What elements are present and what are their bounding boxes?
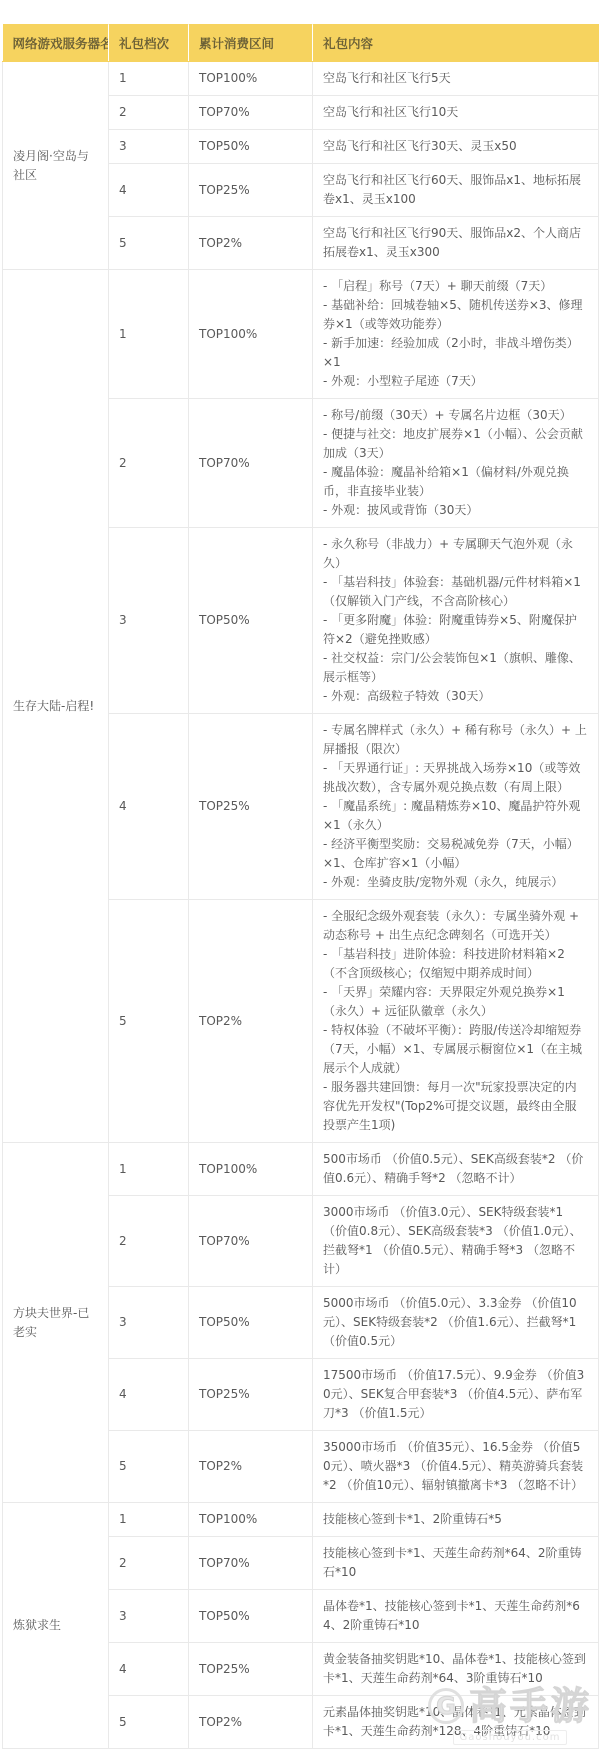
- content-cell: 空岛飞行和社区飞行90天、服饰品x2、个人商店拓展卷x1、灵玉x300: [313, 217, 599, 270]
- content-line: - 「启程」称号（7天）+ 聊天前缀（7天）: [323, 277, 588, 296]
- range-cell: TOP70%: [189, 399, 313, 528]
- range-cell: TOP50%: [189, 130, 313, 164]
- tier-cell: 4: [109, 714, 189, 900]
- server-name-cell: 凌月阁·空岛与社区: [3, 62, 109, 270]
- server-name-cell: 方块夫世界-已老实: [3, 1143, 109, 1503]
- content-line: - 「天界」荣耀内容：天界限定外观兑换券×1（永久）+ 远征队徽章（永久）: [323, 983, 588, 1021]
- content-line: - 便捷与社交：地皮扩展券×1（小幅）、公会贡献加成（3天）: [323, 425, 588, 463]
- range-cell: TOP50%: [189, 1287, 313, 1359]
- tier-cell: 5: [109, 1696, 189, 1749]
- content-cell: - 「启程」称号（7天）+ 聊天前缀（7天）- 基础补给：回城卷轴×5、随机传送…: [313, 270, 599, 399]
- header-package-tier: 礼包档次: [109, 25, 189, 62]
- table-header: 网络游戏服务器名 礼包档次 累计消费区间 礼包内容: [3, 25, 599, 62]
- page: 网络游戏服务器名 礼包档次 累计消费区间 礼包内容 凌月阁·空岛与社区1TOP1…: [0, 0, 600, 1759]
- tier-cell: 2: [109, 1537, 189, 1590]
- content-cell: 空岛飞行和社区飞行30天、灵玉x50: [313, 130, 599, 164]
- header-package-content: 礼包内容: [313, 25, 599, 62]
- tier-cell: 5: [109, 1431, 189, 1503]
- range-cell: TOP50%: [189, 528, 313, 714]
- range-cell: TOP25%: [189, 1643, 313, 1696]
- content-line: - 服务器共建回馈：每月一次"玩家投票决定的内容优先开发权"(Top2%可提交议…: [323, 1078, 588, 1135]
- range-cell: TOP70%: [189, 1196, 313, 1287]
- content-line: - 全服纪念级外观套装（永久）：专属坐骑外观 + 动态称号 + 出生点纪念碑刻名…: [323, 907, 588, 945]
- tier-cell: 5: [109, 900, 189, 1143]
- content-line: - 特权体验（不破坏平衡）：跨服/传送冷却缩短券（7天，小幅）×1、专属展示橱窗…: [323, 1021, 588, 1078]
- content-cell: 3000市场币 （价值3.0元）、SEK特级套装*1 （价值0.8元）、SEK高…: [313, 1196, 599, 1287]
- content-line: - 「天界通行证」: 天界挑战入场券×10（或等效挑战次数），含专属外观兑换点数…: [323, 759, 588, 797]
- content-line: 3000市场币 （价值3.0元）、SEK特级套装*1 （价值0.8元）、SEK高…: [323, 1203, 588, 1279]
- content-line: 空岛飞行和社区飞行90天、服饰品x2、个人商店拓展卷x1、灵玉x300: [323, 224, 588, 262]
- content-line: 500市场币 （价值0.5元）、SEK高级套装*2 （价值0.6元）、精确手弩*…: [323, 1150, 588, 1188]
- content-line: - 「更多附魔」体验：附魔重铸券×5、附魔保护符×2（避免挫败感）: [323, 611, 588, 649]
- range-cell: TOP100%: [189, 62, 313, 96]
- range-cell: TOP2%: [189, 217, 313, 270]
- content-cell: 元素晶体抽奖钥匙*10、晶体卷*1、元素晶体签到卡*1、天莲生命药剂*128、4…: [313, 1696, 599, 1749]
- range-cell: TOP70%: [189, 96, 313, 130]
- content-line: 空岛飞行和社区飞行10天: [323, 103, 588, 122]
- server-reward-table: 网络游戏服务器名 礼包档次 累计消费区间 礼包内容 凌月阁·空岛与社区1TOP1…: [2, 24, 599, 1749]
- content-line: 空岛飞行和社区飞行60天、服饰品x1、地标拓展卷x1、灵玉x100: [323, 171, 588, 209]
- content-line: 空岛飞行和社区飞行5天: [323, 69, 588, 88]
- tier-cell: 1: [109, 270, 189, 399]
- range-cell: TOP2%: [189, 1431, 313, 1503]
- content-line: - 魔晶体验：魔晶补给箱×1（偏材料/外观兑换币，非直接毕业装）: [323, 463, 588, 501]
- content-cell: 晶体卷*1、技能核心签到卡*1、天莲生命药剂*64、2阶重铸石*10: [313, 1590, 599, 1643]
- tier-cell: 2: [109, 96, 189, 130]
- tier-cell: 3: [109, 130, 189, 164]
- header-spend-range: 累计消费区间: [189, 25, 313, 62]
- content-cell: 空岛飞行和社区飞行10天: [313, 96, 599, 130]
- content-line: 黄金装备抽奖钥匙*10、晶体卷*1、技能核心签到卡*1、天莲生命药剂*64、3阶…: [323, 1650, 588, 1688]
- range-cell: TOP2%: [189, 1696, 313, 1749]
- table-row: 生存大陆-启程!1TOP100%- 「启程」称号（7天）+ 聊天前缀（7天）- …: [3, 270, 599, 399]
- range-cell: TOP25%: [189, 1359, 313, 1431]
- range-cell: TOP100%: [189, 1143, 313, 1196]
- server-name-cell: 生存大陆-启程!: [3, 270, 109, 1143]
- content-cell: - 专属名牌样式（永久）+ 稀有称号（永久）+ 上屏播报（限次）- 「天界通行证…: [313, 714, 599, 900]
- content-line: - 外观：高级粒子特效（30天）: [323, 687, 588, 706]
- range-cell: TOP100%: [189, 270, 313, 399]
- tier-cell: 2: [109, 399, 189, 528]
- content-cell: 技能核心签到卡*1、天莲生命药剂*64、2阶重铸石*10: [313, 1537, 599, 1590]
- content-line: - 「基岩科技」进阶体验：科技进阶材料箱×2（不含顶级核心；仅缩短中期养成时间）: [323, 945, 588, 983]
- tier-cell: 5: [109, 217, 189, 270]
- range-cell: TOP100%: [189, 1503, 313, 1537]
- tier-cell: 1: [109, 1143, 189, 1196]
- range-cell: TOP25%: [189, 164, 313, 217]
- table-row: 方块夫世界-已老实1TOP100%500市场币 （价值0.5元）、SEK高级套装…: [3, 1143, 599, 1196]
- content-cell: 空岛飞行和社区飞行5天: [313, 62, 599, 96]
- content-line: - 外观：披风或背饰（30天）: [323, 501, 588, 520]
- content-line: 5000市场币 （价值5.0元）、3.3金券 （价值10元）、SEK特级套装*2…: [323, 1294, 588, 1351]
- table-body: 凌月阁·空岛与社区1TOP100%空岛飞行和社区飞行5天2TOP70%空岛飞行和…: [3, 62, 599, 1749]
- tier-cell: 4: [109, 1359, 189, 1431]
- header-server-name: 网络游戏服务器名: [3, 25, 109, 62]
- content-line: 35000市场币 （价值35元）、16.5金券 （价值50元）、喷火器*3 （价…: [323, 1438, 588, 1495]
- content-line: 技能核心签到卡*1、天莲生命药剂*64、2阶重铸石*10: [323, 1544, 588, 1582]
- content-line: - 称号/前缀（30天）+ 专属名片边框（30天）: [323, 406, 588, 425]
- tier-cell: 4: [109, 1643, 189, 1696]
- content-line: - 社交权益：宗门/公会装饰包×1（旗帜、雕像、展示框等）: [323, 649, 588, 687]
- header-row: 网络游戏服务器名 礼包档次 累计消费区间 礼包内容: [3, 25, 599, 62]
- content-line: - 「基岩科技」体验套：基础机器/元件材料箱×1（仅解锁入门产线，不含高阶核心）: [323, 573, 588, 611]
- range-cell: TOP50%: [189, 1590, 313, 1643]
- content-cell: 17500市场币 （价值17.5元）、9.9金券 （价值30元）、SEK复合甲套…: [313, 1359, 599, 1431]
- content-line: 元素晶体抽奖钥匙*10、晶体卷*1、元素晶体签到卡*1、天莲生命药剂*128、4…: [323, 1703, 588, 1741]
- tier-cell: 3: [109, 528, 189, 714]
- content-cell: 黄金装备抽奖钥匙*10、晶体卷*1、技能核心签到卡*1、天莲生命药剂*64、3阶…: [313, 1643, 599, 1696]
- content-line: - 「魔晶系统」: 魔晶精炼券×10、魔晶护符外观×1（永久）: [323, 797, 588, 835]
- tier-cell: 2: [109, 1196, 189, 1287]
- tier-cell: 3: [109, 1287, 189, 1359]
- content-line: - 外观：小型粒子尾迹（7天）: [323, 372, 588, 391]
- content-cell: - 永久称号（非战力）+ 专属聊天气泡外观（永久）- 「基岩科技」体验套：基础机…: [313, 528, 599, 714]
- content-cell: 35000市场币 （价值35元）、16.5金券 （价值50元）、喷火器*3 （价…: [313, 1431, 599, 1503]
- table-row: 炼狱求生1TOP100%技能核心签到卡*1、2阶重铸石*5: [3, 1503, 599, 1537]
- content-line: 技能核心签到卡*1、2阶重铸石*5: [323, 1510, 588, 1529]
- content-cell: - 全服纪念级外观套装（永久）：专属坐骑外观 + 动态称号 + 出生点纪念碑刻名…: [313, 900, 599, 1143]
- content-cell: 空岛飞行和社区飞行60天、服饰品x1、地标拓展卷x1、灵玉x100: [313, 164, 599, 217]
- range-cell: TOP2%: [189, 900, 313, 1143]
- content-cell: - 称号/前缀（30天）+ 专属名片边框（30天）- 便捷与社交：地皮扩展券×1…: [313, 399, 599, 528]
- content-line: - 永久称号（非战力）+ 专属聊天气泡外观（永久）: [323, 535, 588, 573]
- content-line: - 新手加速：经验加成（2小时，非战斗增伤类）×1: [323, 334, 588, 372]
- tier-cell: 1: [109, 1503, 189, 1537]
- table-row: 凌月阁·空岛与社区1TOP100%空岛飞行和社区飞行5天: [3, 62, 599, 96]
- content-line: 晶体卷*1、技能核心签到卡*1、天莲生命药剂*64、2阶重铸石*10: [323, 1597, 588, 1635]
- content-line: 17500市场币 （价值17.5元）、9.9金券 （价值30元）、SEK复合甲套…: [323, 1366, 588, 1423]
- content-line: 空岛飞行和社区飞行30天、灵玉x50: [323, 137, 588, 156]
- content-line: - 基础补给：回城卷轴×5、随机传送券×3、修理券×1（或等效功能券）: [323, 296, 588, 334]
- content-cell: 5000市场币 （价值5.0元）、3.3金券 （价值10元）、SEK特级套装*2…: [313, 1287, 599, 1359]
- tier-cell: 1: [109, 62, 189, 96]
- content-line: - 经济平衡型奖励：交易税减免券（7天，小幅）×1、仓库扩容×1（小幅）: [323, 835, 588, 873]
- tier-cell: 3: [109, 1590, 189, 1643]
- range-cell: TOP25%: [189, 714, 313, 900]
- server-name-cell: 炼狱求生: [3, 1503, 109, 1749]
- content-cell: 技能核心签到卡*1、2阶重铸石*5: [313, 1503, 599, 1537]
- range-cell: TOP70%: [189, 1537, 313, 1590]
- tier-cell: 4: [109, 164, 189, 217]
- content-line: - 专属名牌样式（永久）+ 稀有称号（永久）+ 上屏播报（限次）: [323, 721, 588, 759]
- content-cell: 500市场币 （价值0.5元）、SEK高级套装*2 （价值0.6元）、精确手弩*…: [313, 1143, 599, 1196]
- content-line: - 外观：坐骑皮肤/宠物外观（永久，纯展示）: [323, 873, 588, 892]
